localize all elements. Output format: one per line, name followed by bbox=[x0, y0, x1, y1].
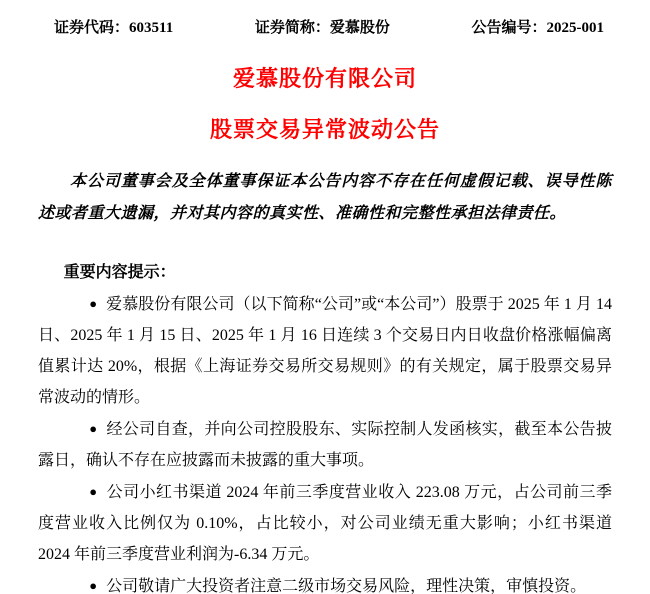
board-disclaimer: 本公司董事会及全体董事保证本公告内容不存在任何虚假记载、误导性陈述或者重大遗漏，… bbox=[38, 166, 612, 230]
bullet-icon: ● bbox=[64, 288, 97, 319]
securities-code-label: 证券代码： bbox=[54, 20, 129, 36]
securities-header: 证券代码：603511 证券简称：爱慕股份 公告编号：2025-001 bbox=[38, 12, 612, 37]
securities-name-label: 证券简称： bbox=[255, 20, 330, 36]
announcement-number-label: 公告编号： bbox=[471, 20, 546, 36]
announcement-document: 证券代码：603511 证券简称：爱慕股份 公告编号：2025-001 爱慕股份… bbox=[0, 0, 650, 594]
company-title: 爱慕股份有限公司 bbox=[38, 62, 612, 93]
bullet-text: 公司小红书渠道 2024 年前三季度营业收入 223.08 万元，占公司前三季度… bbox=[38, 484, 612, 563]
notice-bullet-xiaohongshu-revenue: ●公司小红书渠道 2024 年前三季度营业收入 223.08 万元，占公司前三季… bbox=[38, 476, 612, 570]
announcement-number: 公告编号：2025-001 bbox=[471, 16, 604, 37]
important-notice-heading: 重要内容提示： bbox=[64, 258, 612, 288]
securities-name: 证券简称：爱慕股份 bbox=[255, 16, 390, 37]
announcement-title: 股票交易异常波动公告 bbox=[38, 113, 612, 144]
announcement-page: { "page": { "background": "#ffffff", "ti… bbox=[0, 0, 650, 594]
securities-name-value: 爱慕股份 bbox=[330, 20, 390, 36]
bullet-text: 爱慕股份有限公司（以下简称“公司”或“本公司”）股票于 2025 年 1 月 1… bbox=[38, 296, 612, 406]
notice-bullet-self-check: ●经公司自查，并向公司控股股东、实际控制人发函核实，截至本公告披露日，确认不存在… bbox=[38, 413, 612, 476]
notice-bullet-trading-fluctuation: ●爱慕股份有限公司（以下简称“公司”或“本公司”）股票于 2025 年 1 月 … bbox=[38, 288, 612, 413]
bullet-icon: ● bbox=[64, 413, 97, 444]
notice-bullet-risk-warning: ●公司敬请广大投资者注意二级市场交易风险，理性决策，审慎投资。 bbox=[38, 570, 612, 594]
bullet-text: 经公司自查，并向公司控股股东、实际控制人发函核实，截至本公告披露日，确认不存在应… bbox=[38, 421, 612, 469]
announcement-number-value: 2025-001 bbox=[547, 20, 605, 36]
bullet-icon: ● bbox=[64, 476, 97, 507]
bullet-icon: ● bbox=[64, 570, 97, 594]
securities-code-value: 603511 bbox=[129, 20, 173, 36]
securities-code: 证券代码：603511 bbox=[54, 16, 173, 37]
bullet-text: 公司敬请广大投资者注意二级市场交易风险，理性决策，审慎投资。 bbox=[106, 578, 586, 594]
